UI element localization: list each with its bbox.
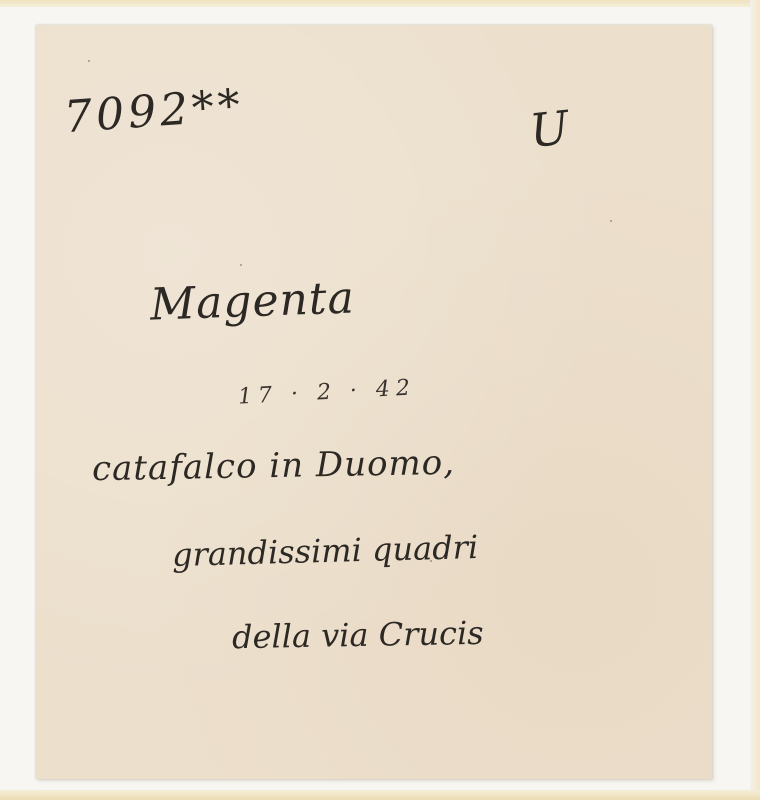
- paper-speck: [610, 220, 612, 222]
- description-line-1: catafalco in Duomo,: [92, 443, 456, 489]
- paper-speck: [88, 60, 90, 62]
- mount-bottom-edge: [0, 790, 760, 800]
- corner-mark: U: [527, 100, 571, 158]
- mount-top-edge: [0, 0, 760, 7]
- description-line-2: grandissimi quadri: [172, 528, 479, 574]
- place-name: Magenta: [149, 272, 355, 330]
- mount-right-edge: [750, 0, 760, 800]
- paper-speck: [240, 264, 242, 266]
- description-line-3: della via Crucis: [232, 614, 484, 656]
